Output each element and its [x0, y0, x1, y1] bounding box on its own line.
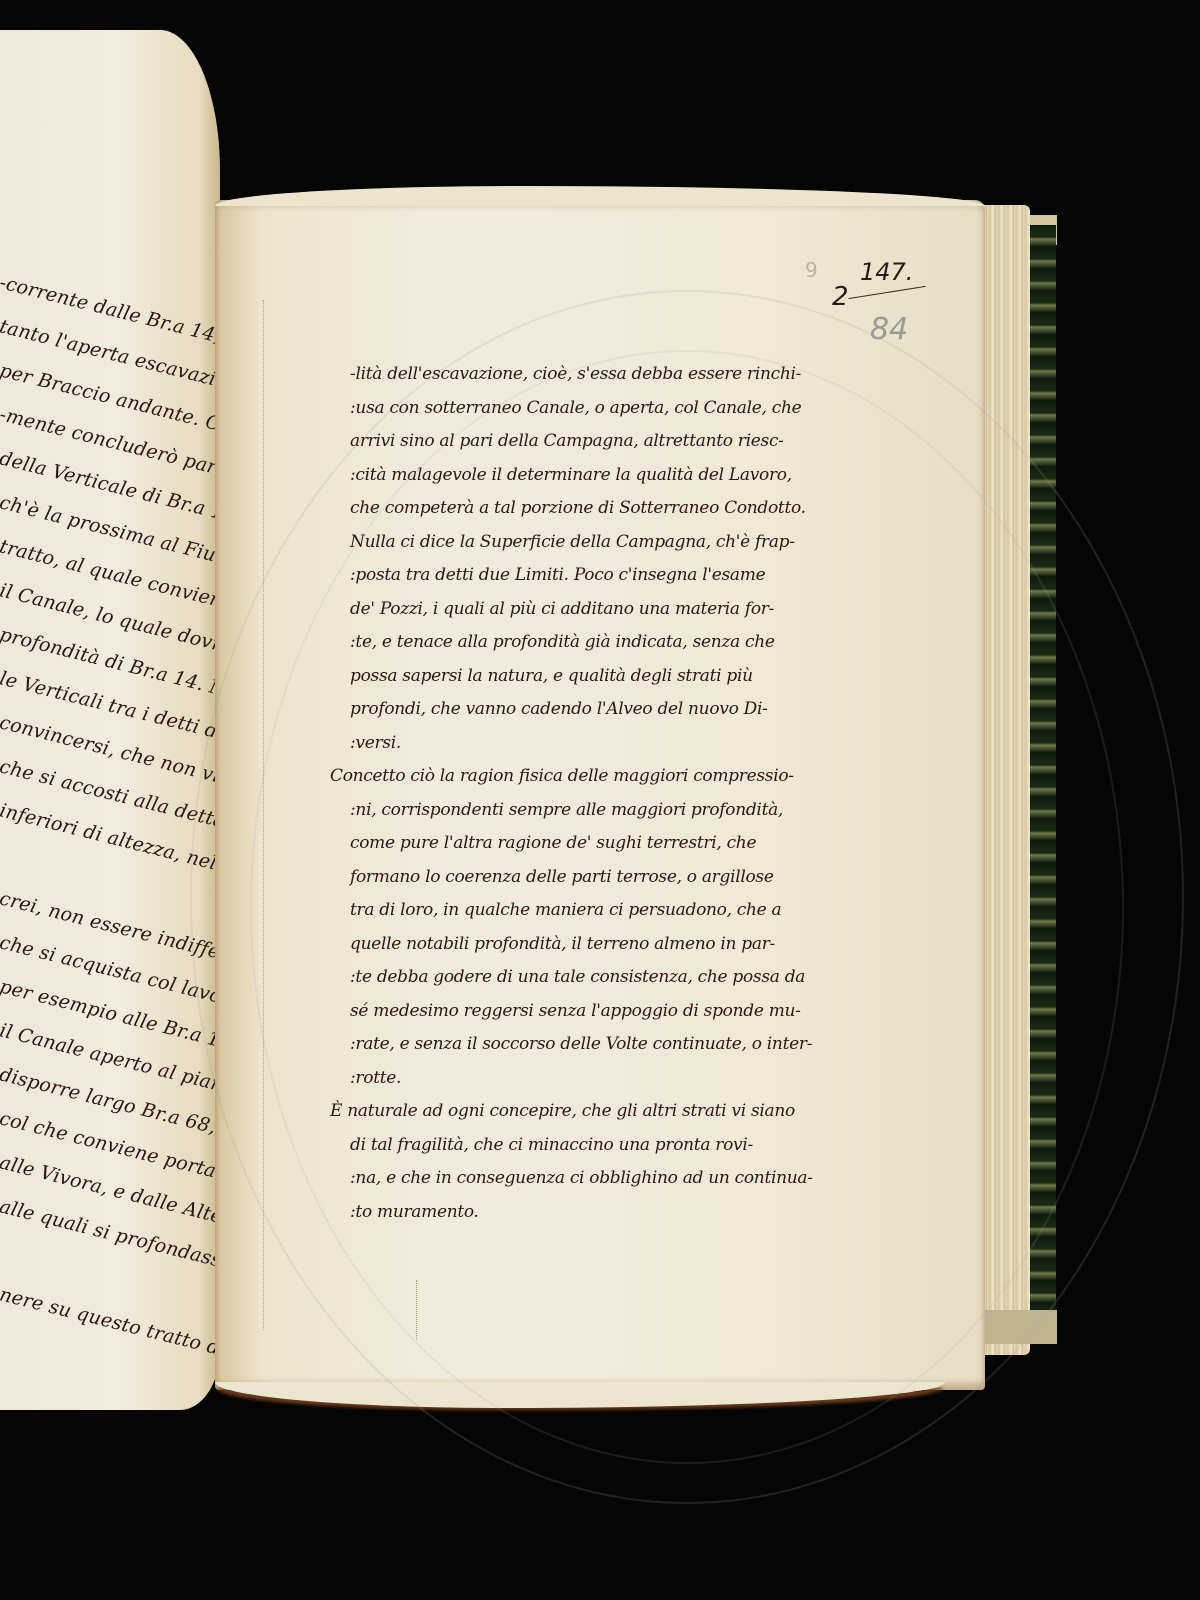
text-line: :ni, corrispondenti sempre alle maggiori… — [330, 794, 890, 828]
text-line: formano lo coerenza delle parti terrose,… — [330, 861, 890, 895]
text-line: :te debba godere di una tale consistenza… — [330, 961, 890, 995]
text-line: tra di loro, in qualche maniera ci persu… — [330, 894, 890, 928]
folio-prefix-mark: 2 — [832, 282, 849, 312]
manuscript-text: -lità dell'escavazione, cioè, s'essa deb… — [330, 358, 890, 1229]
text-line: -lità dell'escavazione, cioè, s'essa deb… — [330, 358, 890, 392]
text-line: :rate, e senza il soccorso delle Volte c… — [330, 1028, 890, 1062]
text-line: :te, e tenace alla profondità già indica… — [330, 626, 890, 660]
folio-faint-mark: 9 — [805, 258, 818, 282]
text-line: di tal fragilità, che ci minaccino una p… — [330, 1129, 890, 1163]
text-line: :versi. — [330, 727, 890, 761]
text-line: :na, e che in conseguenza ci obblighino … — [330, 1162, 890, 1196]
text-line: quelle notabili profondità, il terreno a… — [330, 928, 890, 962]
text-line: de' Pozzi, i quali al più ci additano un… — [330, 593, 890, 627]
folio-number: 147. — [860, 258, 913, 286]
text-line: arrivi sino al pari della Campagna, altr… — [330, 425, 890, 459]
ruled-margin-line — [263, 300, 265, 1330]
marbled-cover-board — [1028, 225, 1056, 1335]
ruled-guide-line — [416, 1280, 418, 1340]
paragraph-start-line: Concetto ciò la ragion fisica delle magg… — [330, 760, 890, 794]
paragraph-start-line: È naturale ad ogni concepire, che gli al… — [330, 1095, 890, 1129]
cover-corner-bottom — [985, 1310, 1057, 1344]
text-line: sé medesimo reggersi senza l'appoggio di… — [330, 995, 890, 1029]
text-line: :cità malagevole il determinare la quali… — [330, 459, 890, 493]
text-line: possa sapersi la natura, e qualità degli… — [330, 660, 890, 694]
text-line: profondi, che vanno cadendo l'Alveo del … — [330, 693, 890, 727]
text-line: che competerà a tal porzione di Sotterra… — [330, 492, 890, 526]
left-page: -corrente dalle Br.a 14, lungo tanto l'a… — [0, 30, 220, 1410]
text-line: come pure l'altra ragione de' sughi terr… — [330, 827, 890, 861]
text-line: :usa con sotterraneo Canale, o aperta, c… — [330, 392, 890, 426]
text-line: :to muramento. — [330, 1196, 890, 1230]
paragraph-start-line: Nulla ci dice la Superficie della Campag… — [330, 526, 890, 560]
text-line: :posta tra detti due Limiti. Poco c'inse… — [330, 559, 890, 593]
left-page-text: -corrente dalle Br.a 14, lungo tanto l'a… — [0, 260, 220, 1316]
pencil-folio-number: 84 — [870, 312, 908, 347]
text-line: :rotte. — [330, 1062, 890, 1096]
